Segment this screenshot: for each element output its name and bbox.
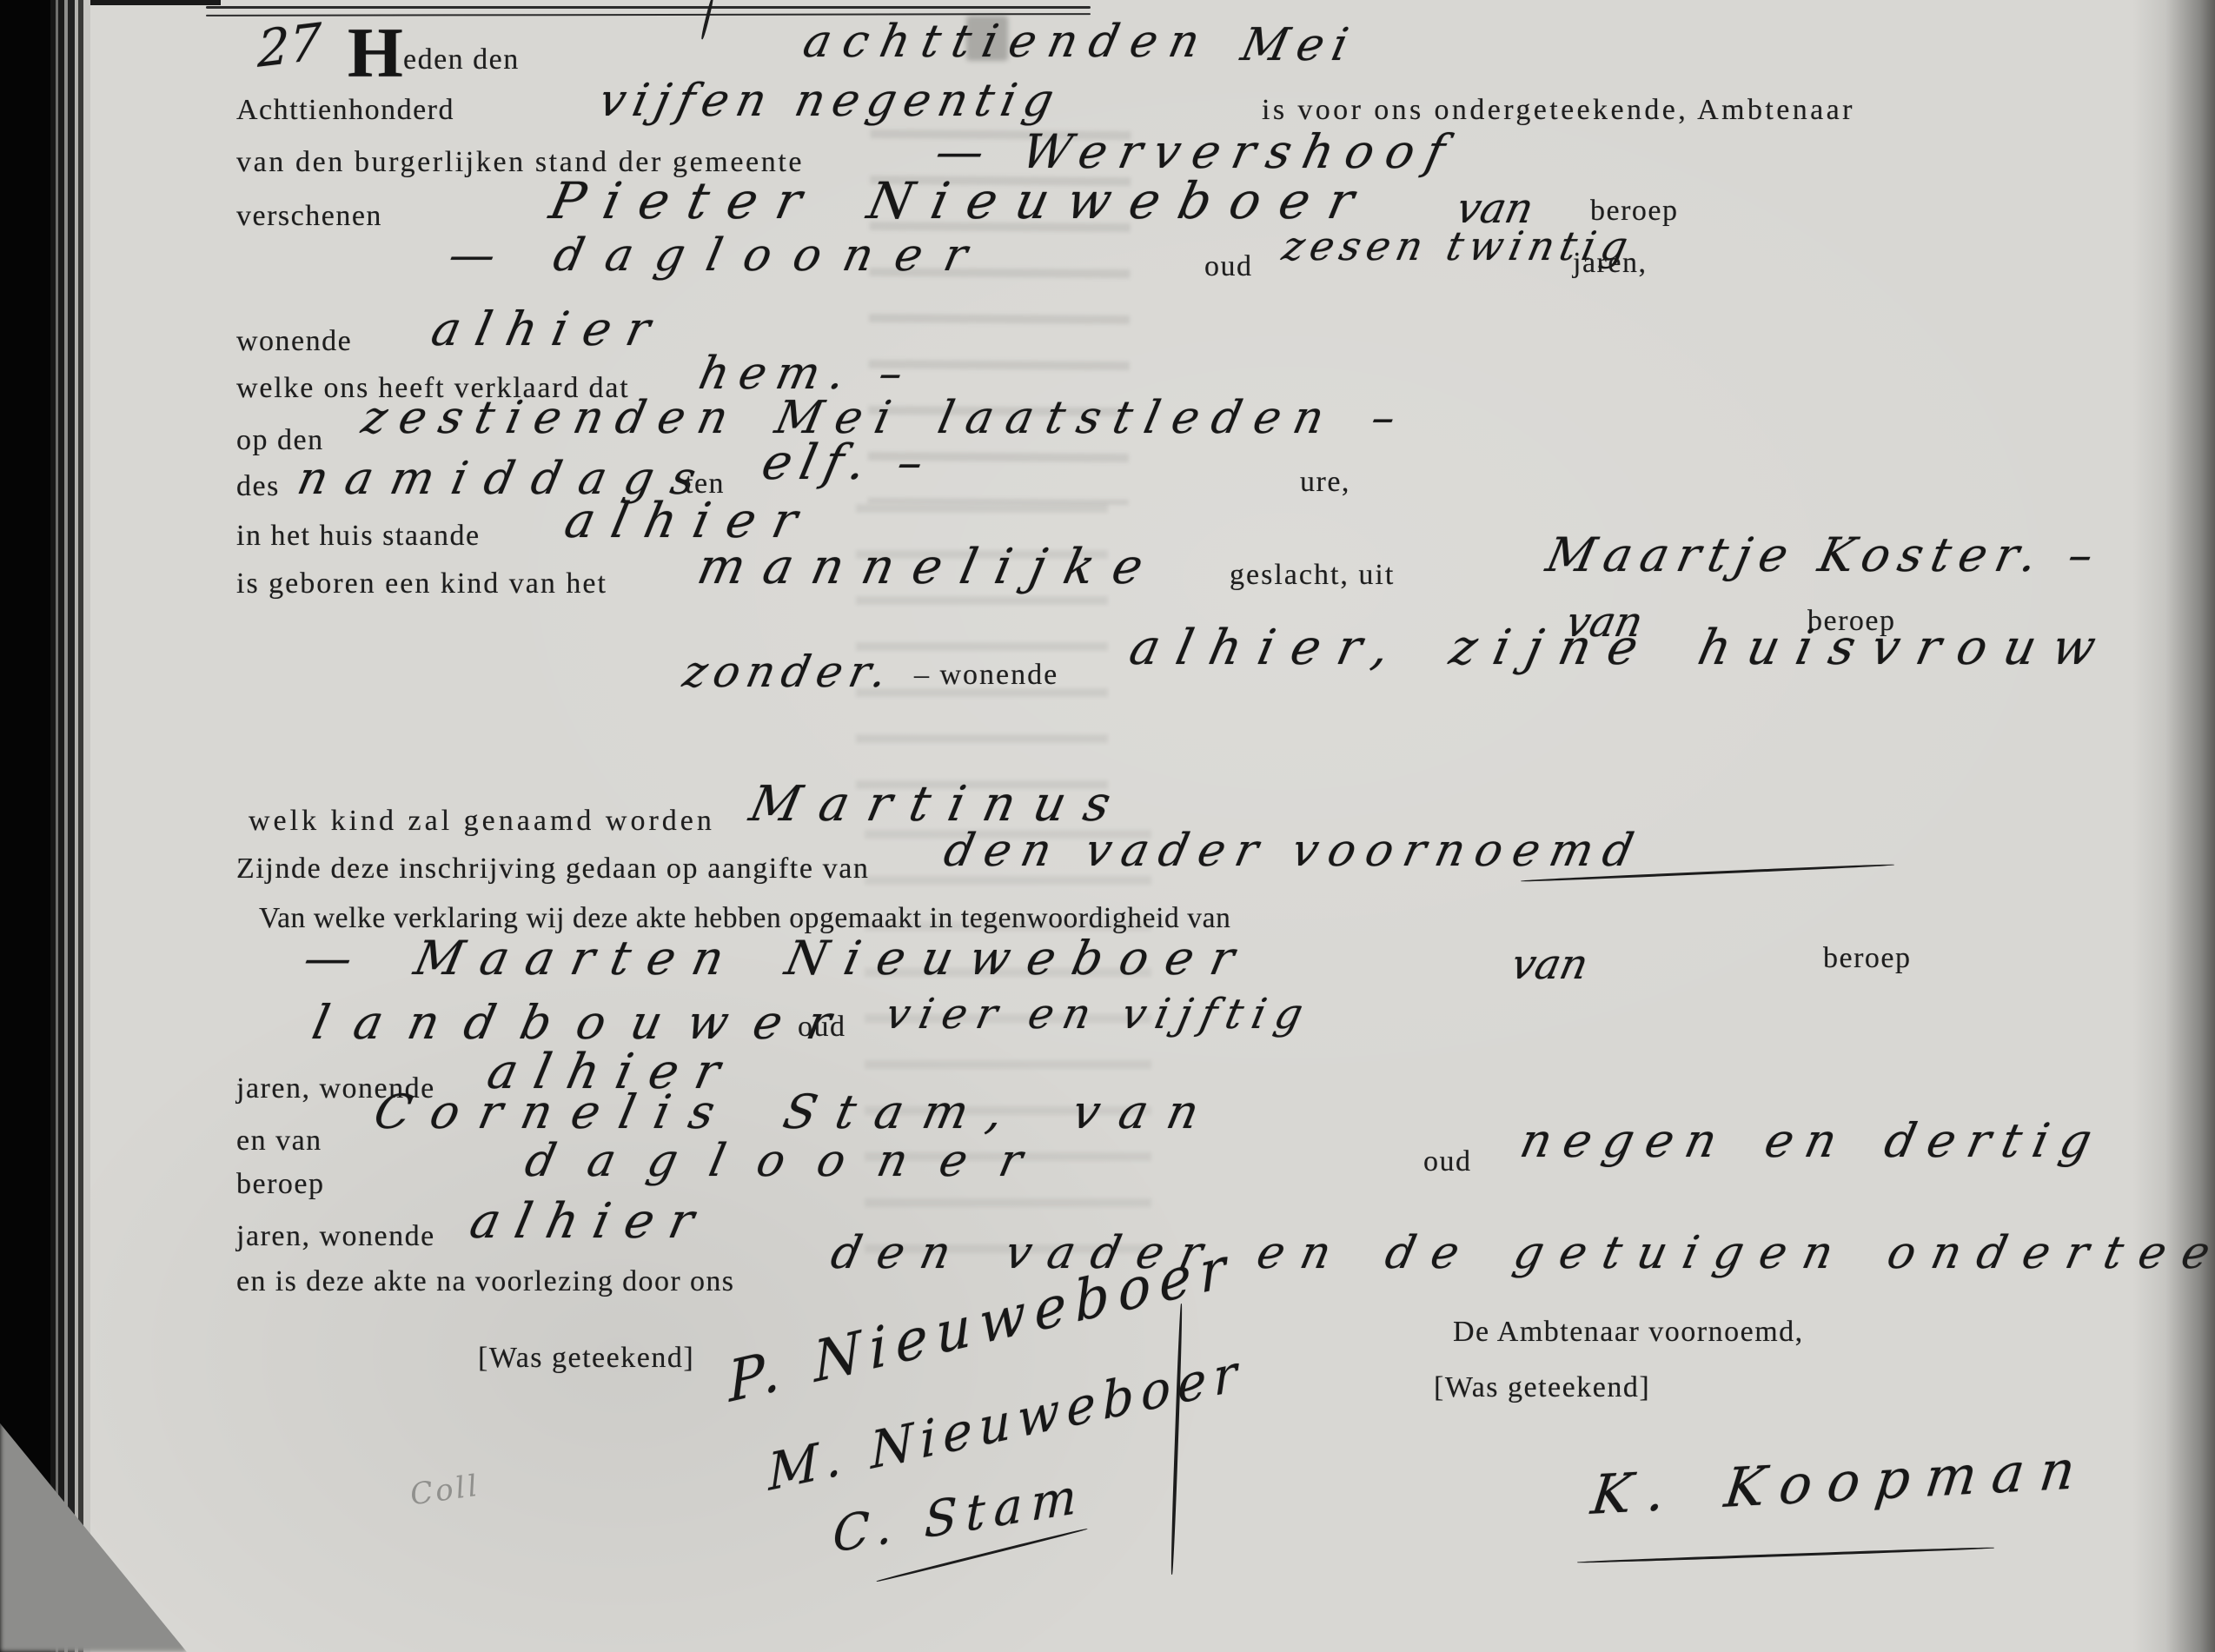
signature-official: K. Koopman <box>1588 1442 2093 1523</box>
printed-house-clause: in het huis staande <box>236 521 481 551</box>
printed-witness2-beroep: beroep <box>236 1170 325 1199</box>
handwritten-month: Mei <box>1237 23 1361 68</box>
handwritten-declarant-occupation: — daglooner <box>445 233 994 278</box>
printed-official-clause: is voor ons ondergeteekende, Ambtenaar <box>1262 96 1855 125</box>
handwritten-gender: mannelijke <box>693 543 1166 592</box>
printed-witness2-oud: oud <box>1423 1147 1472 1177</box>
handwritten-mother-name: Maartje Koster. – <box>1542 532 2106 579</box>
handwritten-child-name: Martinus <box>746 780 1134 829</box>
handwritten-mother-occupation: zonder. <box>680 650 898 693</box>
handwritten-declarant-residence: alhier <box>428 306 670 353</box>
act-number: 27 <box>257 16 322 75</box>
handwritten-hour: elf. – <box>758 439 936 488</box>
scan-top-edge <box>90 0 221 5</box>
handwritten-witness2-occupation: daglooner <box>521 1138 1059 1184</box>
ink-divider-stroke <box>1171 1304 1184 1575</box>
printed-ure: ure, <box>1300 468 1350 497</box>
handwritten-day: achttienden <box>799 19 1216 64</box>
printed-wonende-mid: – wonende <box>914 660 1058 690</box>
book-binding-edge <box>0 0 90 1652</box>
signature-witness2: C. Stam <box>832 1471 1085 1561</box>
printed-born-clause: is geboren een kind van het <box>236 569 607 599</box>
printed-oud: oud <box>1204 252 1253 282</box>
handwritten-witness2-name: Cornelis Stam, van <box>370 1089 1223 1136</box>
printed-witness1-beroep: beroep <box>1823 944 1912 973</box>
handwritten-witness1-age: vier en vijftig <box>882 993 1316 1035</box>
printed-closing-clause: en is deze akte na voorlezing door ons <box>236 1267 734 1297</box>
printed-witness1-oud: oud <box>798 1012 846 1042</box>
handwritten-municipality: — Wervershoof <box>932 129 1461 176</box>
printed-official-title: De Ambtenaar voornoemd, <box>1453 1317 1804 1347</box>
printed-verschenen: verschenen <box>236 202 382 231</box>
handwritten-year: vijfen negentig <box>595 78 1065 123</box>
handwritten-mother-residence: alhier, zijne huisvrouw <box>1125 624 2117 673</box>
signature-underline <box>1577 1547 1994 1564</box>
dropcap-h: H <box>348 23 403 83</box>
printed-des: des <box>236 472 280 501</box>
printed-century: Achttienhonderd <box>236 96 454 125</box>
pencil-note: Coll <box>408 1469 482 1513</box>
page-edge-shadow <box>2132 0 2215 1652</box>
scanned-birth-record-page: 27 H eden den achttienden Mei Achttienho… <box>0 0 2215 1652</box>
printed-registration-clause: Zijnde deze inschrijving gedaan op aangi… <box>236 854 870 884</box>
handwritten-witness1-van: van <box>1508 944 1592 985</box>
printed-op-den: op den <box>236 426 324 455</box>
printed-beroep: beroep <box>1590 196 1679 226</box>
handwritten-witness2-age: negen en dertig <box>1516 1118 2107 1164</box>
handwritten-witness1-occupation: landbouwer <box>308 999 861 1046</box>
printed-geslacht-uit: geslacht, uit <box>1230 561 1395 590</box>
printed-heden-den: eden den <box>403 45 520 75</box>
printed-wonende: wonende <box>236 327 352 356</box>
handwritten-declaration-object: hem. – <box>695 351 918 396</box>
printed-jaren: jaren, <box>1573 249 1647 278</box>
printed-child-name-clause: welk kind zal genaamd worden <box>249 806 715 836</box>
printed-was-geteekend-left: [Was geteekend] <box>478 1343 694 1373</box>
handwritten-witness1-name: — Maarten Nieuweboer <box>300 935 1256 982</box>
top-rule <box>206 6 1091 9</box>
handwritten-registrant: den vader voornoemd <box>940 828 1648 873</box>
handwritten-witness2-residence: alhier <box>466 1198 713 1246</box>
printed-witnesses-clause: Van welke verklaring wij deze akte hebbe… <box>259 904 1230 933</box>
handwritten-declarant-name: Pieter Nieuweboer <box>546 176 1377 226</box>
printed-witness2-jaren-wonende: jaren, wonende <box>236 1222 435 1251</box>
handwritten-closing: den vader en de getuigen onderteekend <box>827 1231 2215 1276</box>
printed-en-van: en van <box>236 1126 322 1156</box>
printed-was-geteekend-right: [Was geteekend] <box>1434 1373 1650 1403</box>
bleed-through-text-block <box>865 830 1151 1290</box>
